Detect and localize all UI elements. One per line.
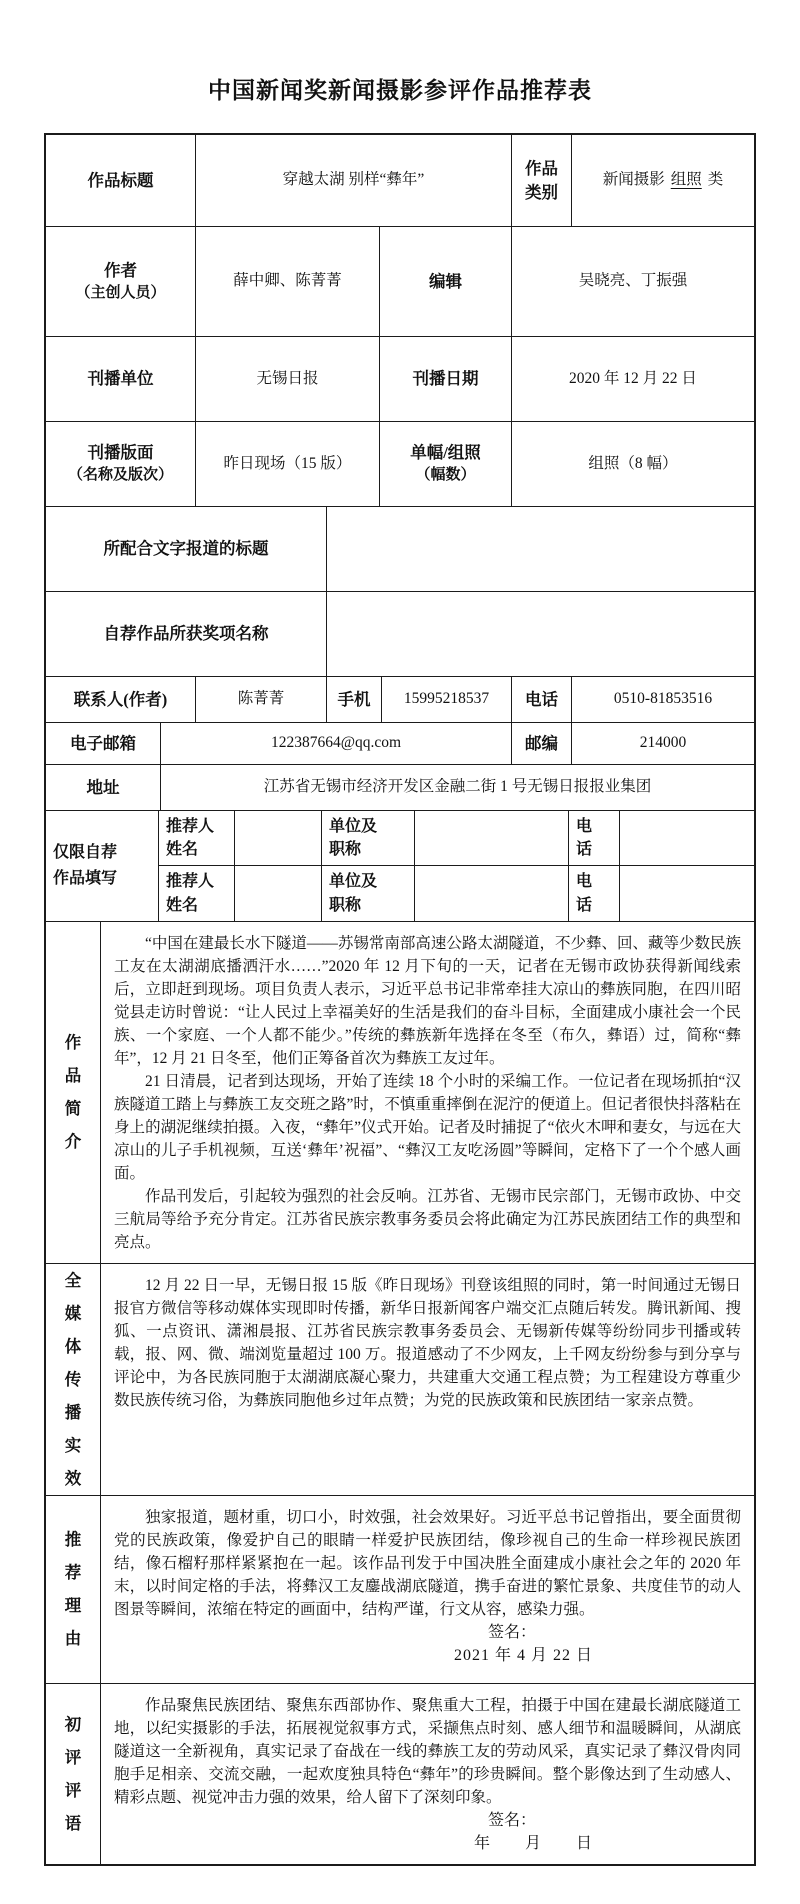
contact-label: 联系人(作者)	[46, 677, 196, 722]
row-address: 地址 江苏省无锡市经济开发区金融二街 1 号无锡日报报业集团	[46, 765, 754, 811]
section-preliminary-review: 初评评语 作品聚焦民族团结、聚焦东西部协作、聚焦重大工程，拍摄于中国在建最长湖底…	[46, 1684, 754, 1864]
preliminary-review-signature-label: 签名：	[114, 1809, 741, 1832]
recommender-unit-label: 单位及职称	[322, 811, 415, 865]
category-label: 作品类别	[512, 135, 572, 226]
preliminary-review-label-cell: 初评评语	[46, 1684, 101, 1864]
contact-value: 陈菁菁	[196, 677, 327, 722]
format-label-sub: （幅数）	[415, 465, 475, 487]
media-effect-label-cell: 全媒体传播实效	[46, 1264, 101, 1495]
email-value: 122387664@qq.com	[161, 723, 512, 764]
format-label-cell: 单幅/组照 （幅数）	[380, 422, 512, 506]
work-summary-paragraph: 21 日清晨，记者到达现场，开始了连续 18 个小时的采编工作。一位记者在现场抓…	[114, 1070, 741, 1185]
recommend-reason-content: 独家报道，题材重，切口小，时效强，社会效果好。习近平总书记曾指出，要全面贯彻党的…	[101, 1496, 754, 1683]
layout-label-cell: 刊播版面 （名称及版次）	[46, 422, 196, 506]
author-label-sub: （主创人员）	[75, 283, 165, 305]
editor-value: 吴晓亮、丁振强	[512, 227, 754, 336]
self-rec-subrow-2: 推荐人姓名 单位及职称 电话	[159, 866, 754, 920]
preliminary-review-label: 初评评语	[63, 1708, 82, 1840]
section-work-summary: 作品简介 “中国在建最长水下隧道——苏锡常南部高速公路太湖隧道，不少彝、回、藏等…	[46, 922, 754, 1264]
publish-date-label: 刊播日期	[380, 337, 512, 421]
layout-label: 刊播版面	[88, 441, 154, 465]
self-rec-subrow-1: 推荐人姓名 单位及职称 电话	[159, 811, 754, 866]
category-value: 新闻摄影组照类	[572, 135, 754, 226]
work-title-value: 穿越太湖 别样“彝年”	[196, 135, 512, 226]
recommend-reason-signature-label: 签名：	[114, 1621, 741, 1644]
phone-label: 电话	[512, 677, 572, 722]
recommender-name-value	[235, 866, 322, 920]
preliminary-review-content: 作品聚焦民族团结、聚焦东西部协作、聚焦重大工程，拍摄于中国在建最长湖底隧道工地，…	[101, 1684, 754, 1864]
publisher-label: 刊播单位	[46, 337, 196, 421]
zip-value: 214000	[572, 723, 754, 764]
self-rec-label: 仅限自荐作品填写	[53, 840, 123, 891]
editor-label: 编辑	[380, 227, 512, 336]
work-title-label: 作品标题	[46, 135, 196, 226]
recommend-reason-paragraph: 独家报道，题材重，切口小，时效强，社会效果好。习近平总书记曾指出，要全面贯彻党的…	[114, 1506, 741, 1621]
zip-label: 邮编	[512, 723, 572, 764]
self-rec-grid: 推荐人姓名 单位及职称 电话 推荐人姓名 单位及职称 电话	[159, 811, 754, 921]
layout-label-sub: （名称及版次）	[68, 465, 173, 487]
recommendation-table: 作品标题 穿越太湖 别样“彝年” 作品类别 新闻摄影组照类 作者 （主创人员） …	[44, 133, 756, 1866]
recommender-phone-value	[620, 866, 754, 920]
preliminary-review-signature-date: 年 月 日	[114, 1832, 741, 1855]
row-self-award: 自荐作品所获奖项名称	[46, 592, 754, 677]
phone-value: 0510-81853516	[572, 677, 754, 722]
media-effect-content: 12 月 22 日一早，无锡日报 15 版《昨日现场》刊登该组照的同时，第一时间…	[101, 1264, 754, 1495]
row-author: 作者 （主创人员） 薛中卿、陈菁菁 编辑 吴晓亮、丁振强	[46, 227, 754, 337]
recommender-name-value	[235, 811, 322, 865]
self-award-label: 自荐作品所获奖项名称	[46, 592, 327, 676]
recommender-unit-value	[415, 866, 569, 920]
recommender-phone-value	[620, 811, 754, 865]
author-value: 薛中卿、陈菁菁	[196, 227, 380, 336]
recommender-unit-label: 单位及职称	[322, 866, 415, 920]
recommender-name-label: 推荐人姓名	[159, 866, 235, 920]
row-email: 电子邮箱 122387664@qq.com 邮编 214000	[46, 723, 754, 765]
mobile-label: 手机	[327, 677, 382, 722]
category-prefix: 新闻摄影	[603, 171, 665, 188]
email-label: 电子邮箱	[46, 723, 161, 764]
recommend-reason-signature-date: 2021 年 4 月 22 日	[114, 1644, 741, 1667]
row-layout: 刊播版面 （名称及版次） 昨日现场（15 版） 单幅/组照 （幅数） 组照（8 …	[46, 422, 754, 507]
recommend-reason-label-cell: 推荐理由	[46, 1496, 101, 1683]
section-recommend-reason: 推荐理由 独家报道，题材重，切口小，时效强，社会效果好。习近平总书记曾指出，要全…	[46, 1496, 754, 1684]
publisher-value: 无锡日报	[196, 337, 380, 421]
work-summary-label: 作品简介	[63, 1026, 82, 1158]
preliminary-review-paragraph: 作品聚焦民族团结、聚焦东西部协作、聚焦重大工程，拍摄于中国在建最长湖底隧道工地，…	[114, 1694, 741, 1809]
text-report-title-label: 所配合文字报道的标题	[46, 507, 327, 591]
row-text-report-title: 所配合文字报道的标题	[46, 507, 754, 592]
row-publisher: 刊播单位 无锡日报 刊播日期 2020 年 12 月 22 日	[46, 337, 754, 422]
format-label: 单幅/组照	[410, 441, 481, 465]
recommender-unit-value	[415, 811, 569, 865]
recommend-reason-label: 推荐理由	[63, 1523, 82, 1655]
publish-date-value: 2020 年 12 月 22 日	[512, 337, 754, 421]
recommender-name-label: 推荐人姓名	[159, 811, 235, 865]
category-underlined: 组照	[671, 171, 702, 188]
media-effect-paragraph: 12 月 22 日一早，无锡日报 15 版《昨日现场》刊登该组照的同时，第一时间…	[114, 1274, 741, 1412]
row-self-recommendation: 仅限自荐作品填写 推荐人姓名 单位及职称 电话 推荐人姓名 单位及职称 电话	[46, 811, 754, 922]
row-contact: 联系人(作者) 陈菁菁 手机 15995218537 电话 0510-81853…	[46, 677, 754, 723]
work-summary-paragraph: “中国在建最长水下隧道——苏锡常南部高速公路太湖隧道，不少彝、回、藏等少数民族工…	[114, 932, 741, 1070]
row-work-title: 作品标题 穿越太湖 别样“彝年” 作品类别 新闻摄影组照类	[46, 135, 754, 227]
layout-value: 昨日现场（15 版）	[196, 422, 380, 506]
author-label: 作者	[104, 259, 137, 283]
work-summary-content: “中国在建最长水下隧道——苏锡常南部高速公路太湖隧道，不少彝、回、藏等少数民族工…	[101, 922, 754, 1263]
section-media-effect: 全媒体传播实效 12 月 22 日一早，无锡日报 15 版《昨日现场》刊登该组照…	[46, 1264, 754, 1496]
work-summary-paragraph: 作品刊发后，引起较为强烈的社会反响。江苏省、无锡市民宗部门，无锡市政协、中交三航…	[114, 1185, 741, 1254]
page-title: 中国新闻奖新闻摄影参评作品推荐表	[0, 72, 800, 105]
self-rec-label-cell: 仅限自荐作品填写	[46, 811, 159, 921]
category-suffix: 类	[708, 171, 724, 188]
recommender-phone-label: 电话	[569, 866, 620, 920]
mobile-value: 15995218537	[382, 677, 512, 722]
text-report-title-value	[327, 507, 754, 591]
form-page: 中国新闻奖新闻摄影参评作品推荐表 作品标题 穿越太湖 别样“彝年” 作品类别 新…	[0, 0, 800, 1866]
media-effect-label: 全媒体传播实效	[63, 1264, 82, 1495]
recommender-phone-label: 电话	[569, 811, 620, 865]
work-summary-label-cell: 作品简介	[46, 922, 101, 1263]
format-value: 组照（8 幅）	[512, 422, 754, 506]
author-label-cell: 作者 （主创人员）	[46, 227, 196, 336]
address-value: 江苏省无锡市经济开发区金融二街 1 号无锡日报报业集团	[161, 765, 754, 810]
address-label: 地址	[46, 765, 161, 810]
self-award-value	[327, 592, 754, 676]
